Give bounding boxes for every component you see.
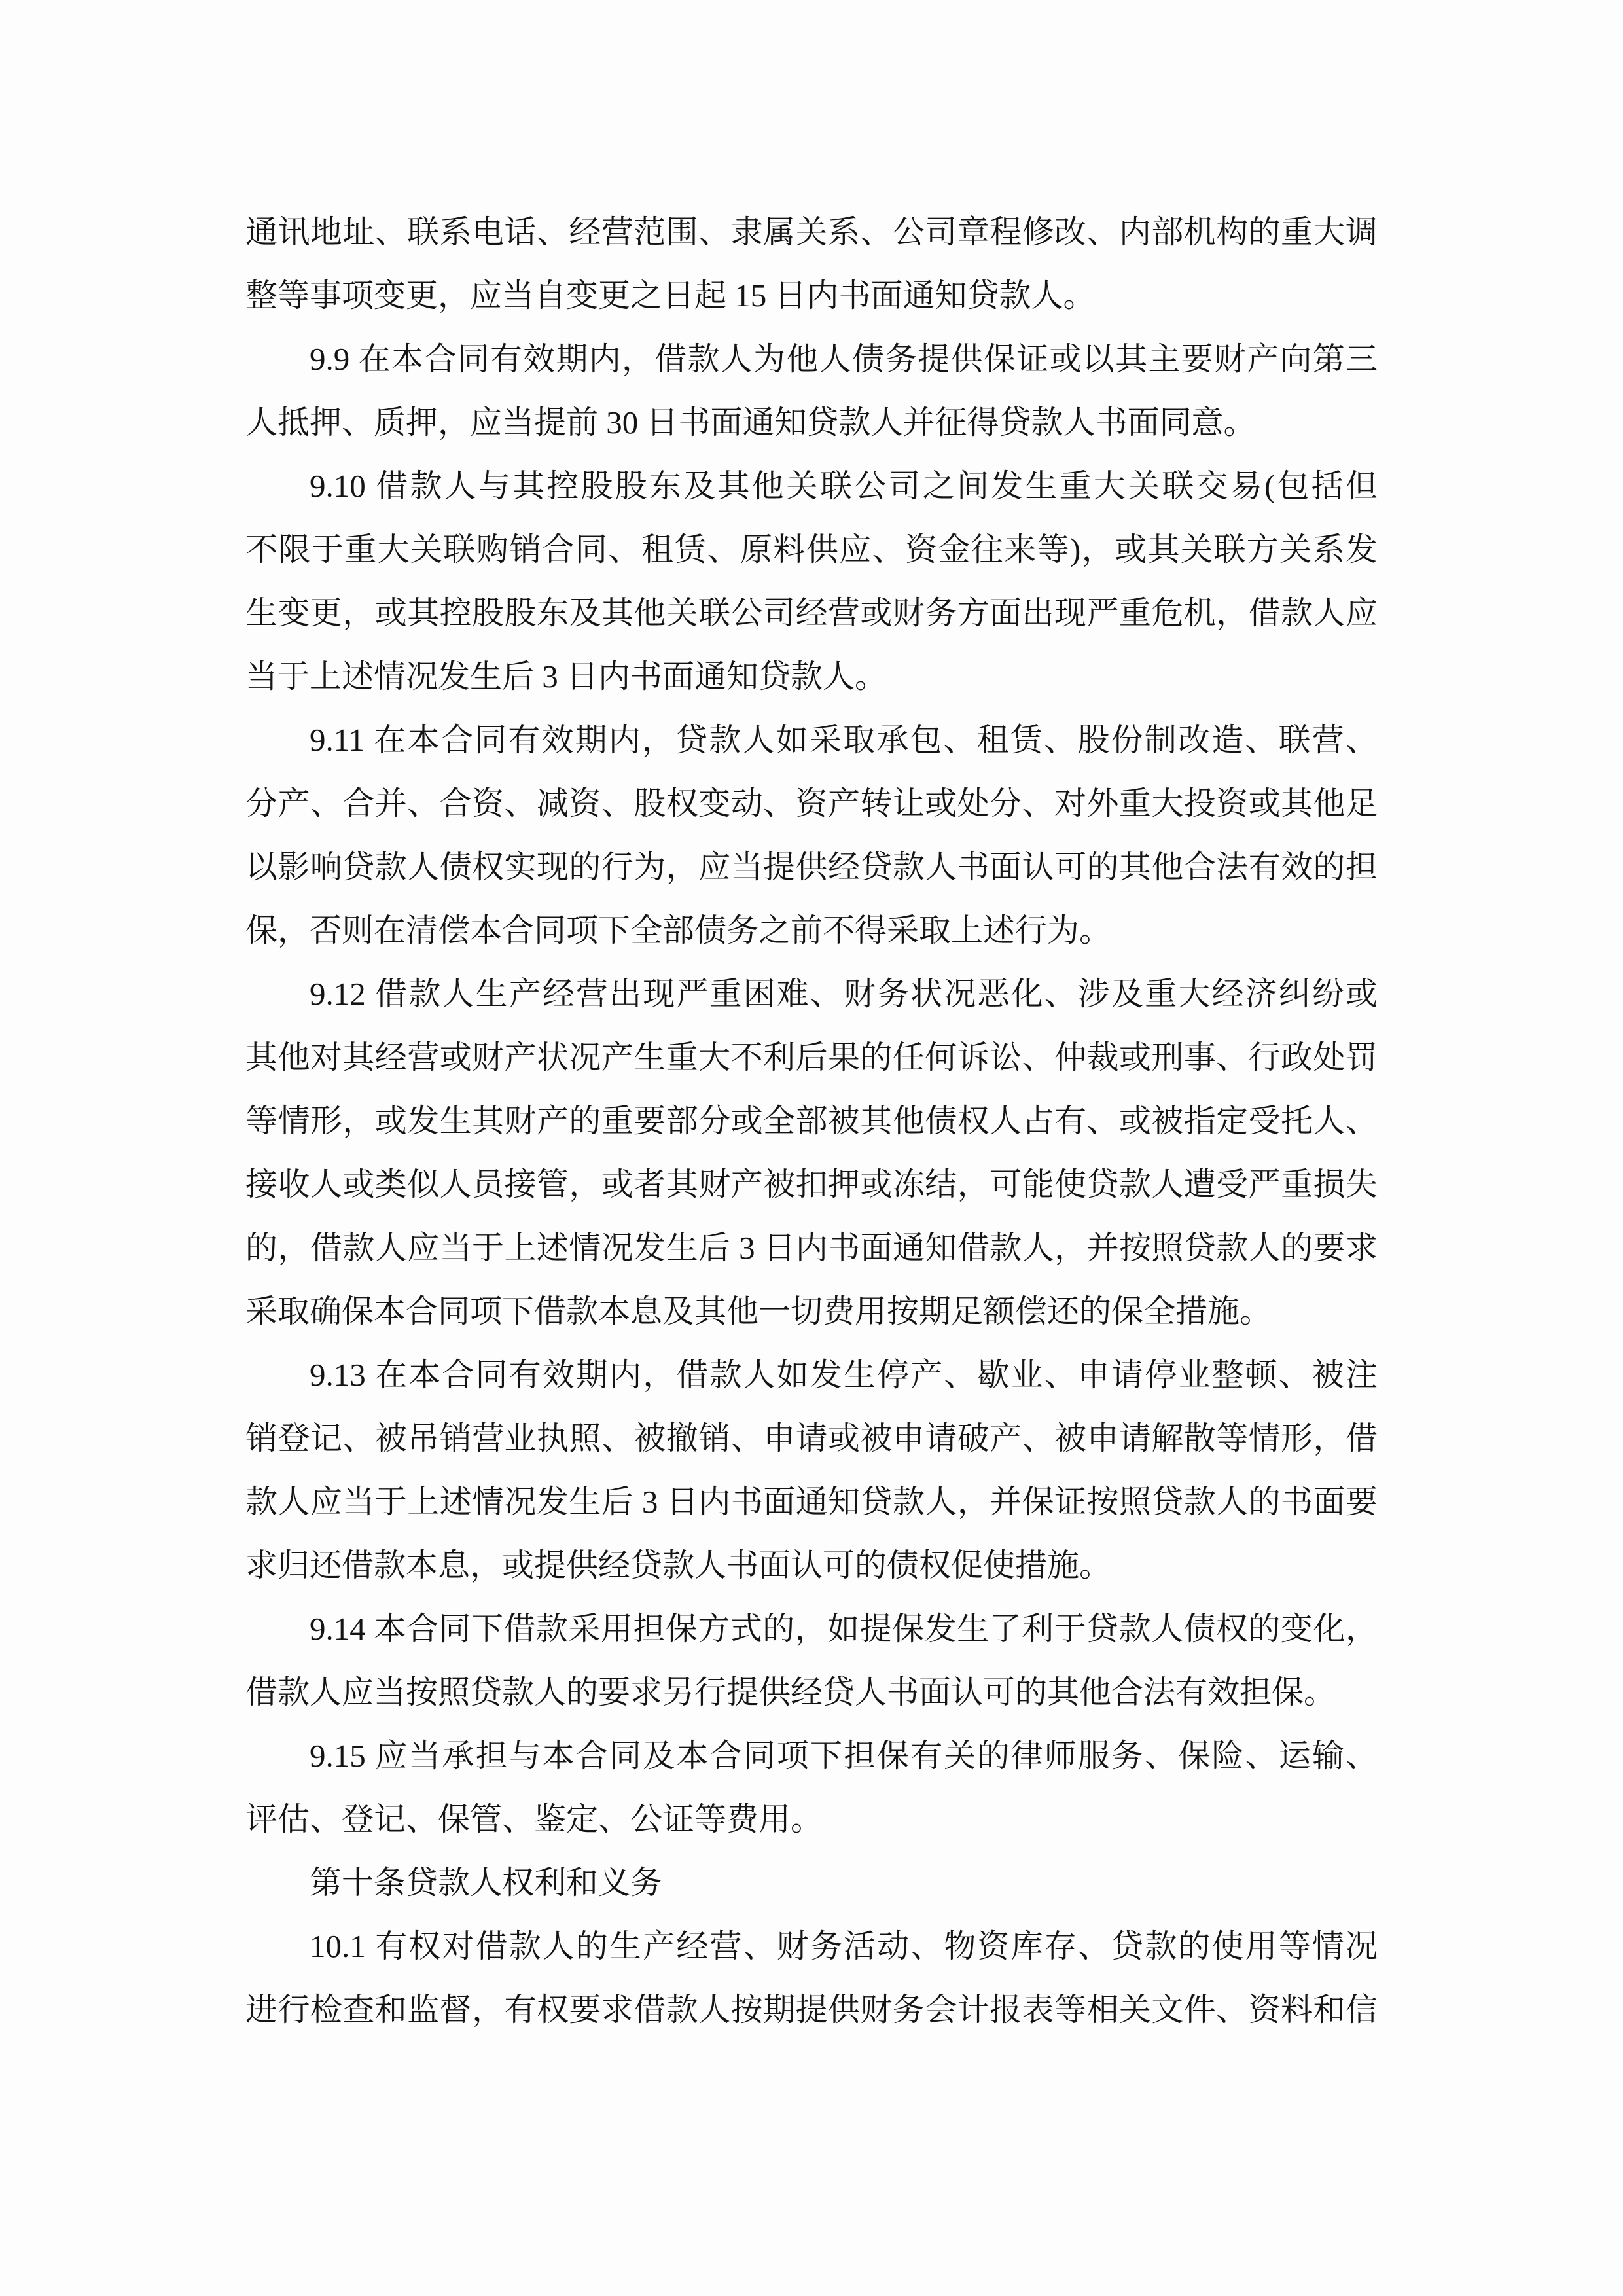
contract-text-line: 当于上述情况发生后 3 日内书面通知贷款人。 (245, 645, 1378, 708)
contract-text-line: 9.11 在本合同有效期内，贷款人如采取承包、租赁、股份制改造、联营、 (245, 708, 1378, 772)
contract-text-line: 款人应当于上述情况发生后 3 日内书面通知贷款人，并保证按照贷款人的书面要 (245, 1470, 1378, 1534)
contract-text-line: 9.13 在本合同有效期内，借款人如发生停产、歇业、申请停业整顿、被注 (245, 1343, 1378, 1407)
contract-text-line: 通讯地址、联系电话、经营范围、隶属关系、公司章程修改、内部机构的重大调 (245, 200, 1378, 264)
contract-text-line: 9.9 在本合同有效期内，借款人为他人债务提供保证或以其主要财产向第三 (245, 327, 1378, 391)
contract-text-line: 10.1 有权对借款人的生产经营、财务活动、物资库存、贷款的使用等情况 (245, 1914, 1378, 1978)
contract-text-line: 人抵押、质押，应当提前 30 日书面通知贷款人并征得贷款人书面同意。 (245, 391, 1378, 454)
contract-text-line: 采取确保本合同项下借款本息及其他一切费用按期足额偿还的保全措施。 (245, 1280, 1378, 1343)
contract-text-line: 保，否则在清偿本合同项下全部债务之前不得采取上述行为。 (245, 899, 1378, 962)
contract-text-line: 其他对其经营或财产状况产生重大不利后果的任何诉讼、仲裁或刑事、行政处罚 (245, 1026, 1378, 1089)
contract-text-line: 9.10 借款人与其控股股东及其他关联公司之间发生重大关联交易(包括但 (245, 454, 1378, 518)
contract-text-block: 通讯地址、联系电话、经营范围、隶属关系、公司章程修改、内部机构的重大调整等事项变… (245, 200, 1378, 2041)
contract-text-line: 9.14 本合同下借款采用担保方式的，如提保发生了利于贷款人债权的变化， (245, 1597, 1378, 1660)
contract-text-line: 接收人或类似人员接管，或者其财产被扣押或冻结，可能使贷款人遭受严重损失 (245, 1153, 1378, 1216)
contract-text-line: 的，借款人应当于上述情况发生后 3 日内书面通知借款人，并按照贷款人的要求 (245, 1216, 1378, 1280)
contract-text-line: 以影响贷款人债权实现的行为，应当提供经贷款人书面认可的其他合法有效的担 (245, 835, 1378, 899)
contract-text-line: 整等事项变更，应当自变更之日起 15 日内书面通知贷款人。 (245, 264, 1378, 327)
contract-text-line: 分产、合并、合资、减资、股权变动、资产转让或处分、对外重大投资或其他足 (245, 772, 1378, 835)
contract-text-line: 进行检查和监督，有权要求借款人按期提供财务会计报表等相关文件、资料和信 (245, 1978, 1378, 2041)
document-page: 通讯地址、联系电话、经营范围、隶属关系、公司章程修改、内部机构的重大调整等事项变… (0, 0, 1623, 2296)
contract-text-line: 9.12 借款人生产经营出现严重困难、财务状况恶化、涉及重大经济纠纷或 (245, 962, 1378, 1026)
contract-text-line: 等情形，或发生其财产的重要部分或全部被其他债权人占有、或被指定受托人、 (245, 1089, 1378, 1153)
contract-text-line: 9.15 应当承担与本合同及本合同项下担保有关的律师服务、保险、运输、 (245, 1724, 1378, 1787)
contract-text-line: 生变更，或其控股股东及其他关联公司经营或财务方面出现严重危机，借款人应 (245, 581, 1378, 645)
contract-text-line: 借款人应当按照贷款人的要求另行提供经贷人书面认可的其他合法有效担保。 (245, 1660, 1378, 1724)
contract-text-line: 评估、登记、保管、鉴定、公证等费用。 (245, 1787, 1378, 1851)
contract-text-line: 不限于重大关联购销合同、租赁、原料供应、资金往来等)，或其关联方关系发 (245, 518, 1378, 581)
contract-text-line: 第十条贷款人权利和义务 (245, 1851, 1378, 1914)
contract-text-line: 销登记、被吊销营业执照、被撤销、申请或被申请破产、被申请解散等情形，借 (245, 1407, 1378, 1470)
contract-text-line: 求归还借款本息，或提供经贷款人书面认可的债权促使措施。 (245, 1534, 1378, 1597)
